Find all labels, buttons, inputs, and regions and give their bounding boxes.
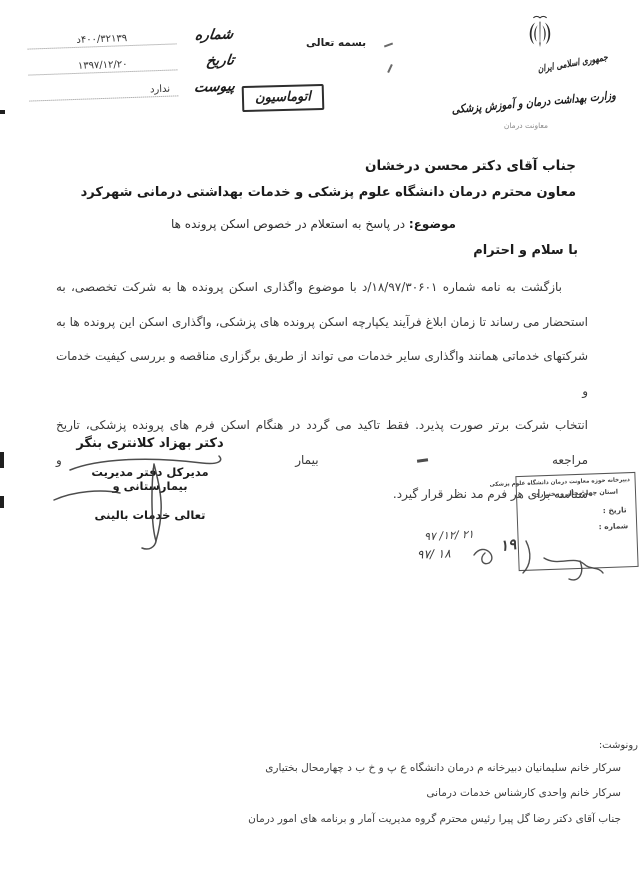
body-line: بازگشت به نامه شماره ۱۸/۹۷/۳۰۶۰۱/د با مو… <box>56 270 588 305</box>
body-line: شرکتهای خدماتی همانند واگذاری سایر خدمات… <box>56 339 588 408</box>
besmeh-taala: بسمه تعالی <box>306 37 366 49</box>
stamp-line-1: دبیرخانه حوزه معاونت درمان دانشگاه علوم … <box>521 477 630 487</box>
recipient-title: معاون محترم درمان دانشگاه علوم پزشکی و خ… <box>81 185 576 200</box>
body-line: استحضار می رساند تا زمان ابلاغ فرآیند یک… <box>56 305 588 340</box>
recipient-name: جناب آقای دکتر محسن درخشان <box>365 158 576 174</box>
reference-number-value: د۴۰۰/۳۲۱۳۹ <box>76 33 127 46</box>
cc-item: جناب آقای دکتر رضا گل پیرا رئیس محترم گر… <box>248 813 621 825</box>
stamp-flourish-scrawl <box>540 550 606 592</box>
reference-attachment-value: ندارد <box>29 83 178 101</box>
iran-emblem-icon <box>522 14 558 56</box>
stamp-handwritten-number-2: ۹۷/ ۱۸ <box>417 546 451 561</box>
ministry-title: وزارت بهداشت درمان و آموزش پزشکی <box>451 88 616 116</box>
reference-number-label: شماره <box>180 26 234 44</box>
scanned-letter-page: شماره د۴۰۰/۳۲۱۳۹ تاریخ ۱۳۹۷/۱۲/۲۰ پیوست … <box>0 0 644 880</box>
cc-item: سرکار خانم واحدی کارشناس خدمات درمانی <box>426 787 621 799</box>
handwritten-signature <box>52 448 252 557</box>
subject-text: در پاسخ به استعلام در خصوص اسکن پرونده ه… <box>171 217 405 231</box>
subject-line: موضوع: در پاسخ به استعلام در خصوص اسکن پ… <box>171 217 456 231</box>
scan-artifact <box>0 110 5 114</box>
reference-date-value: ۱۳۹۷/۱۲/۲۰ <box>78 59 128 72</box>
reference-attachment-label: پیوست <box>182 78 236 96</box>
scan-artifact <box>0 496 4 508</box>
reference-block: شماره د۴۰۰/۳۲۱۳۹ تاریخ ۱۳۹۷/۱۲/۲۰ پیوست … <box>27 16 236 101</box>
scan-artifact <box>384 43 393 48</box>
salutation: با سلام و احترام <box>473 243 578 258</box>
subject-label: موضوع: <box>409 217 456 231</box>
automation-stamp: اتوماسیون <box>242 84 325 112</box>
cc-item: سرکار خانم سلیمانیان دبیرخانه م درمان دا… <box>265 762 621 774</box>
stamp-handwritten-date: ۹۷ /۱۲/ ۲۱ <box>424 528 474 544</box>
cc-label: رونوشت: <box>599 740 638 751</box>
scan-artifact <box>0 452 4 468</box>
deputy-subtitle: معاونت درمان <box>504 121 548 130</box>
reference-date-label: تاریخ <box>181 52 235 70</box>
stamp-number-scrawl <box>468 531 540 585</box>
stamp-date-label: تاریخ : <box>521 505 633 518</box>
scan-artifact <box>387 64 393 73</box>
stamp-line-2: استان چهارمحال و بختیاری <box>520 488 632 499</box>
